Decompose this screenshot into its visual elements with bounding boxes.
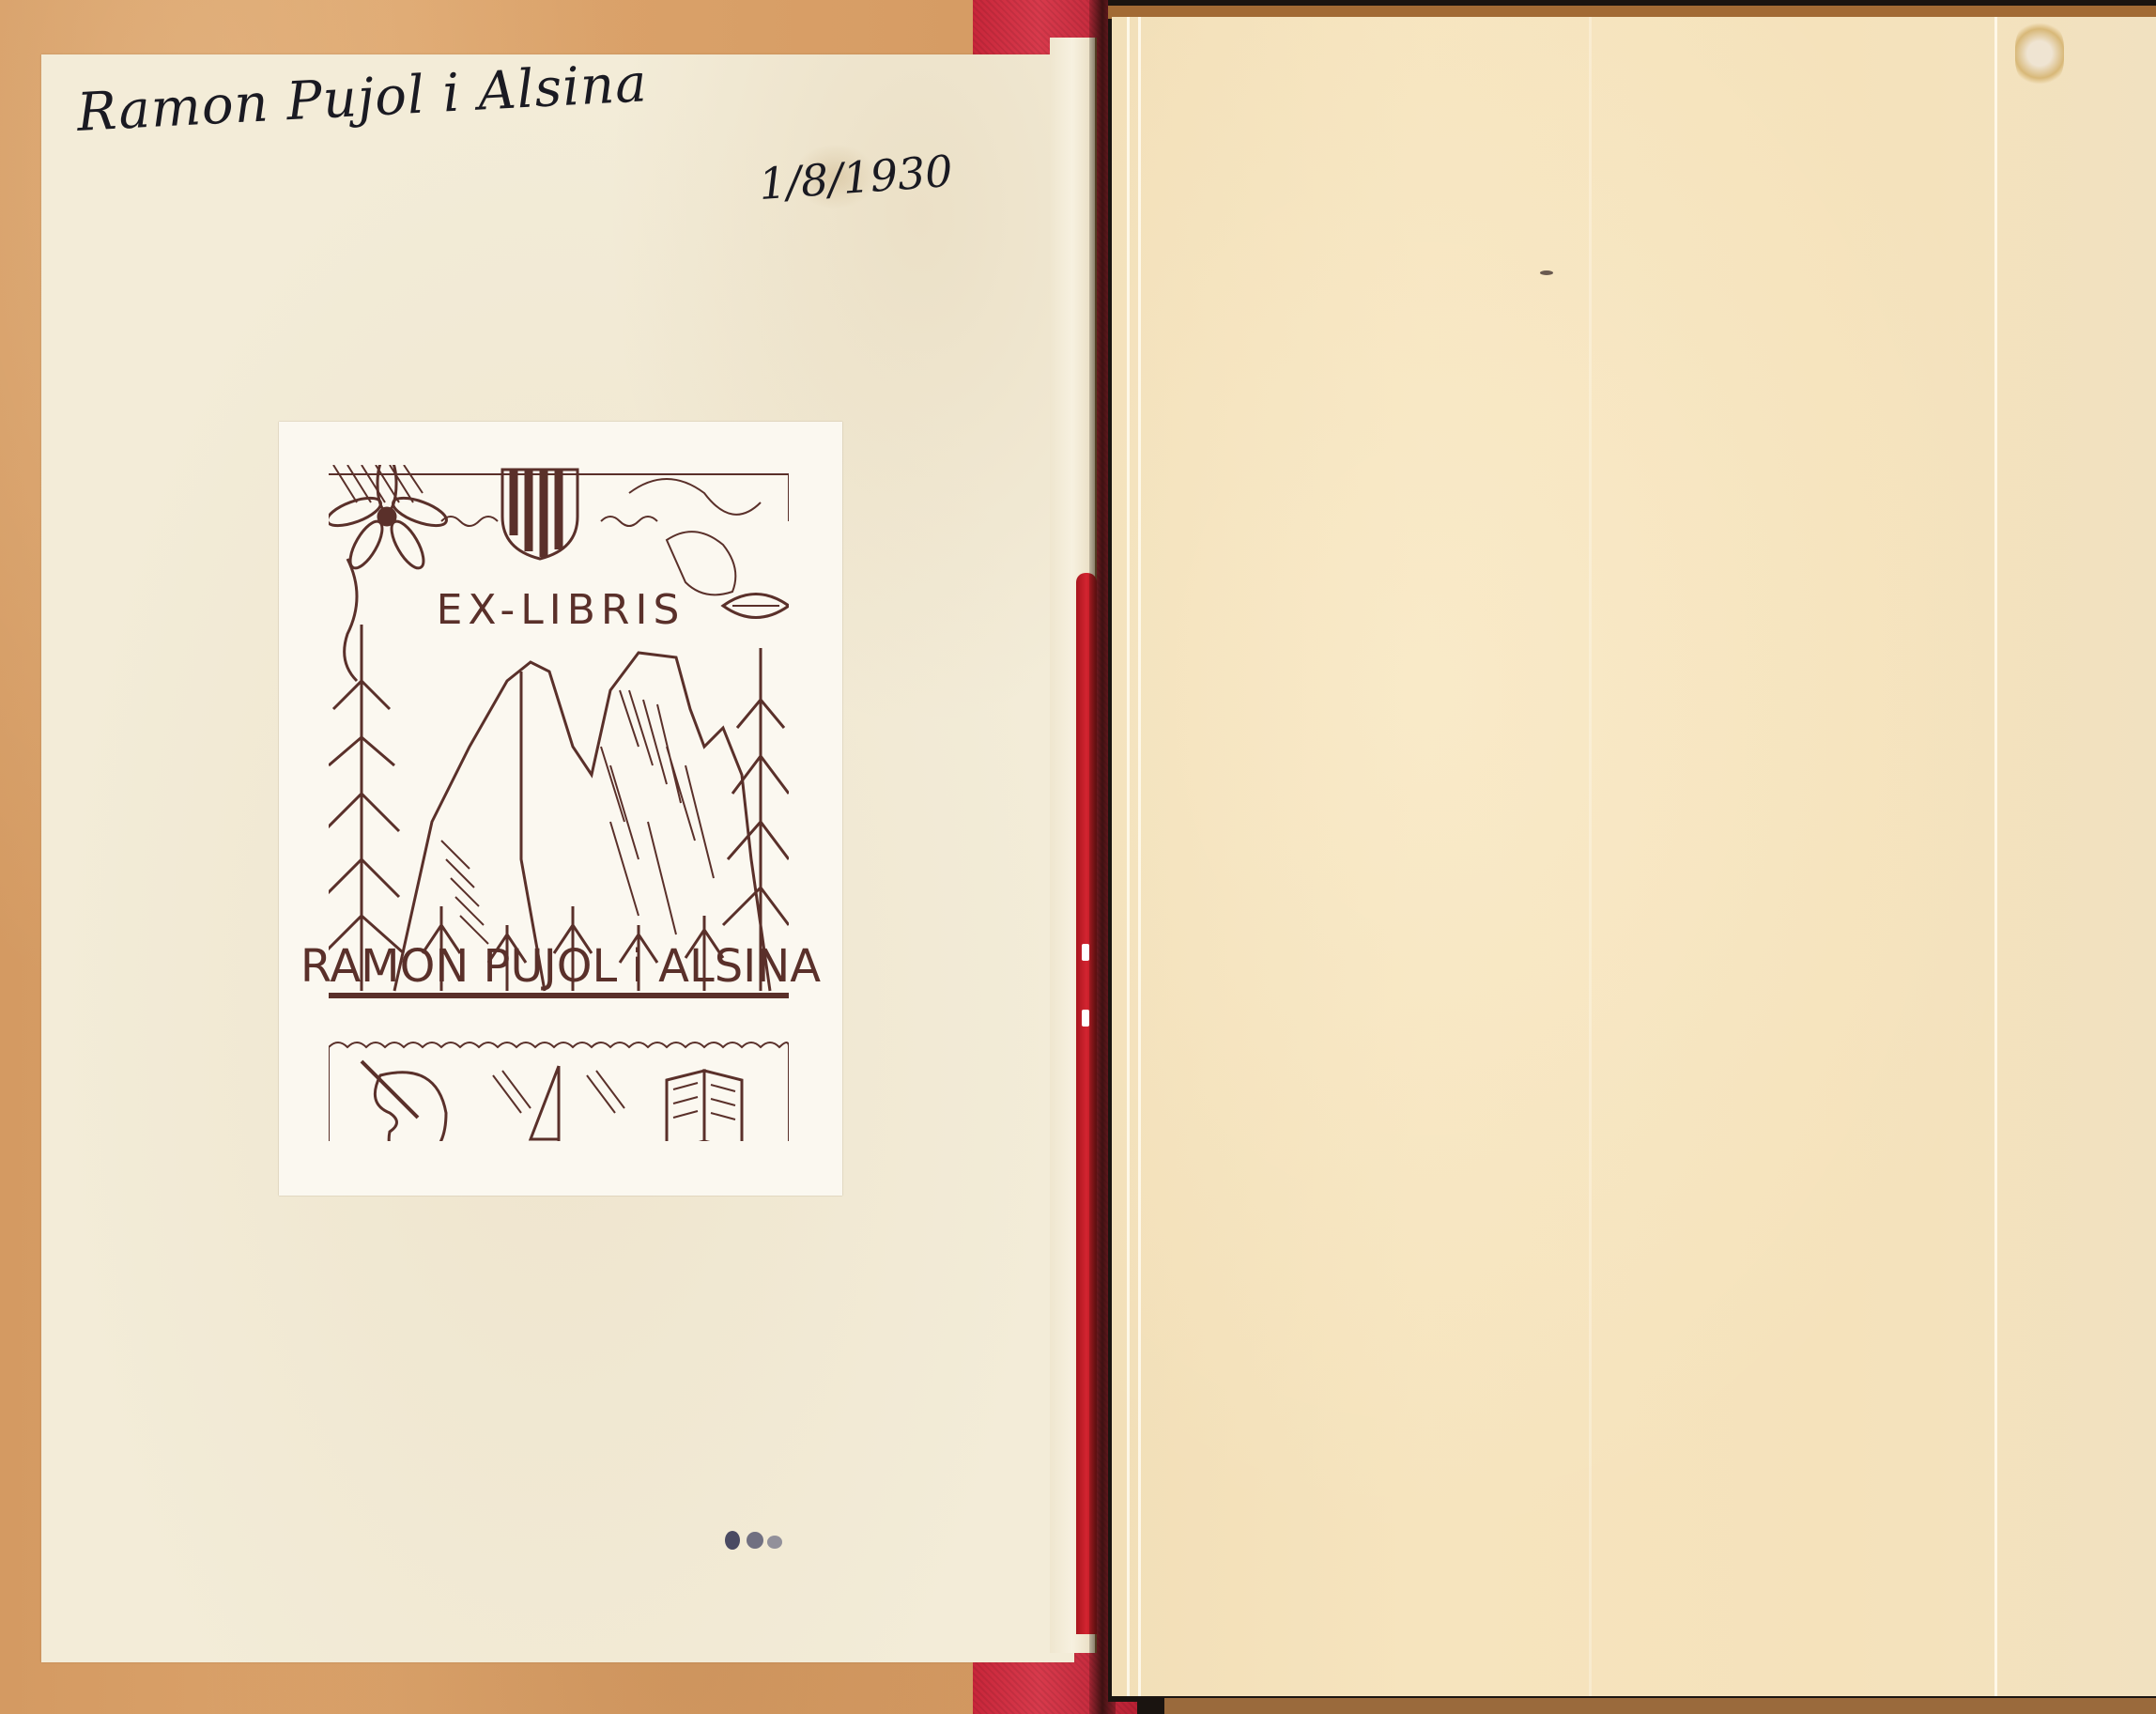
bookplate-engraving [329, 465, 789, 1141]
bookplate-owner-name: RAMON PUJOL i ALSINA [279, 940, 842, 993]
page-fold-line [1589, 17, 1592, 1696]
pine-trees-icon [329, 625, 789, 991]
ribbon-hole [1082, 1010, 1089, 1027]
ribbon-hole [1082, 944, 1089, 961]
painter-palette-icon [362, 1061, 446, 1141]
blank-first-page [1112, 17, 2156, 1696]
right-cover-bottom-edge [1164, 1698, 2156, 1714]
ink-blot-icon [723, 1529, 798, 1553]
paper-speck [1540, 270, 1553, 275]
page-fold-line [1127, 17, 1130, 1696]
page-fold-line [1138, 17, 1141, 1696]
foliage-icon [441, 474, 789, 594]
edelweiss-flower-icon [329, 465, 450, 573]
sailboat-icon [493, 1066, 624, 1141]
open-book-icon [667, 1071, 742, 1141]
corner-stain [2015, 21, 2064, 86]
catalan-shield-icon [502, 470, 577, 559]
book-scan: Ramon Pujol i Alsina 1/8/1930 [0, 0, 2156, 1714]
ex-libris-bookplate: EX-LIBRIS RAMON PUJOL i ALSINA [279, 422, 842, 1196]
bookplate-title: EX-LIBRIS [279, 586, 842, 634]
page-fold-line [1994, 17, 1997, 1696]
